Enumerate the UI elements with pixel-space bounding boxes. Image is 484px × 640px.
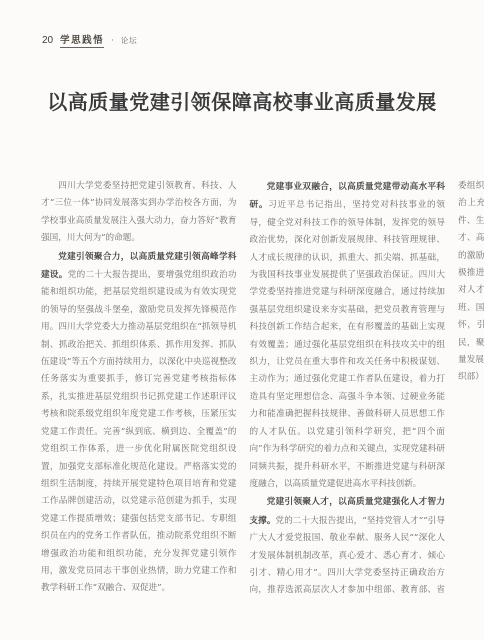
- column-name: 学思践悟: [60, 32, 104, 48]
- paragraph-discipline: 党建引领聚合力，以高质量党建引领高峰学科建设。党的二十大报告提出，要增强党组织政…: [41, 248, 237, 598]
- header-separator-dot: ·: [111, 36, 114, 45]
- paragraph-intro-text: 四川大学党委坚持把党建引领教育、科技、人才“三位一体”协同发展落实到办学治校各方…: [41, 181, 237, 243]
- magazine-page: 20 学思践悟 · 论坛 以高质量党建引领保障高校事业高质量发展 四川大学党委坚…: [0, 0, 484, 640]
- paragraph-research-text: 习近平总书记指出，坚持党对科技事业的领导，健全党对科技工作的领导体制，发挥党的领…: [250, 200, 446, 489]
- paragraph-intro: 四川大学党委坚持把党建引领教育、科技、人才“三位一体”协同发展落实到办学治校各方…: [41, 178, 237, 248]
- article-body: 四川大学党委坚持把党建引领教育、科技、人才“三位一体”协同发展落实到办学治校各方…: [41, 178, 445, 614]
- paragraph-discipline-text: 党的二十大报告提出，要增强党组织政治功能和组织功能，把基层党组织建设成为有效实现…: [41, 270, 237, 593]
- page-header: 20 学思践悟 · 论坛: [42, 32, 138, 48]
- section-name: 论坛: [121, 35, 138, 46]
- paragraph-research: 党建事业双融合，以高质量党建带动高水平科研。习近平总书记指出，坚持党对科技事业的…: [250, 178, 446, 493]
- article-title: 以高质量党建引领保障高校事业高质量发展: [0, 86, 484, 115]
- page-number: 20: [42, 35, 53, 46]
